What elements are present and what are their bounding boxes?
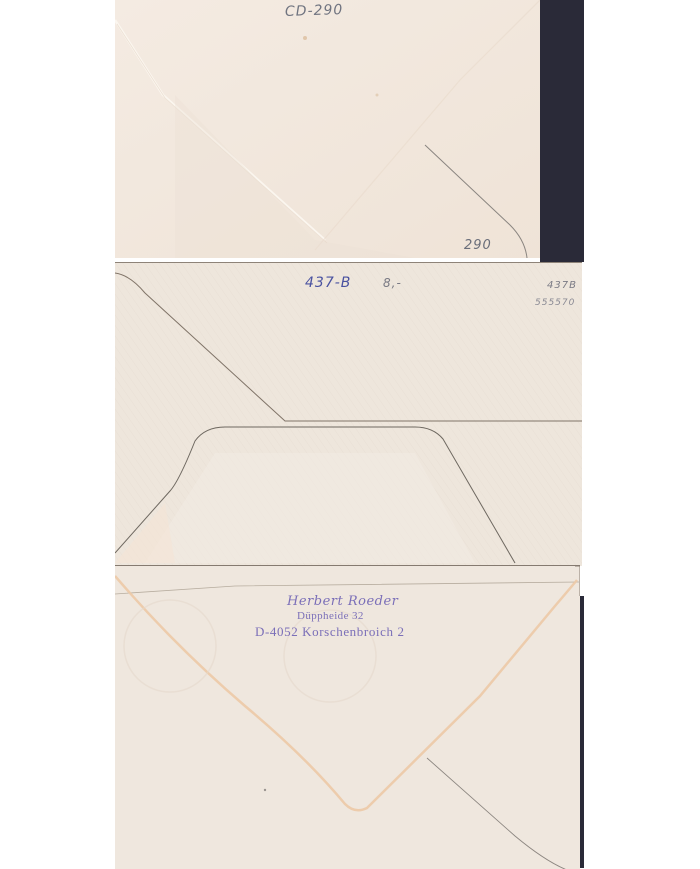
envelope-scan: CD-290 290 437-B 8,- 437B 555570: [0, 0, 700, 869]
pencil-note-ref: 437B: [547, 280, 577, 291]
envelope-middle: 437-B 8,- 437B 555570: [115, 262, 582, 566]
pencil-note-catalog: CD-290: [285, 2, 344, 20]
pencil-note-price: 8,-: [383, 276, 402, 290]
envelope-bottom: Herbert Roeder Düppheide 32 D-4052 Korsc…: [115, 565, 580, 869]
pencil-note-serial: 555570: [535, 298, 575, 308]
pen-note-catalog: 437-B: [305, 275, 351, 291]
sender-city: D-4052 Korschenbroich 2: [255, 624, 405, 640]
envelope-middle-folds: [115, 263, 582, 566]
sender-name: Herbert Roeder: [287, 594, 405, 609]
envelope-top-folds: [115, 0, 540, 258]
envelope-top: CD-290 290: [115, 0, 540, 258]
sender-address-stamp: Herbert Roeder Düppheide 32 D-4052 Korsc…: [255, 594, 405, 640]
sender-street: Düppheide 32: [297, 610, 405, 622]
backdrop-strip-top: [540, 0, 584, 262]
pencil-note-number: 290: [464, 238, 492, 253]
